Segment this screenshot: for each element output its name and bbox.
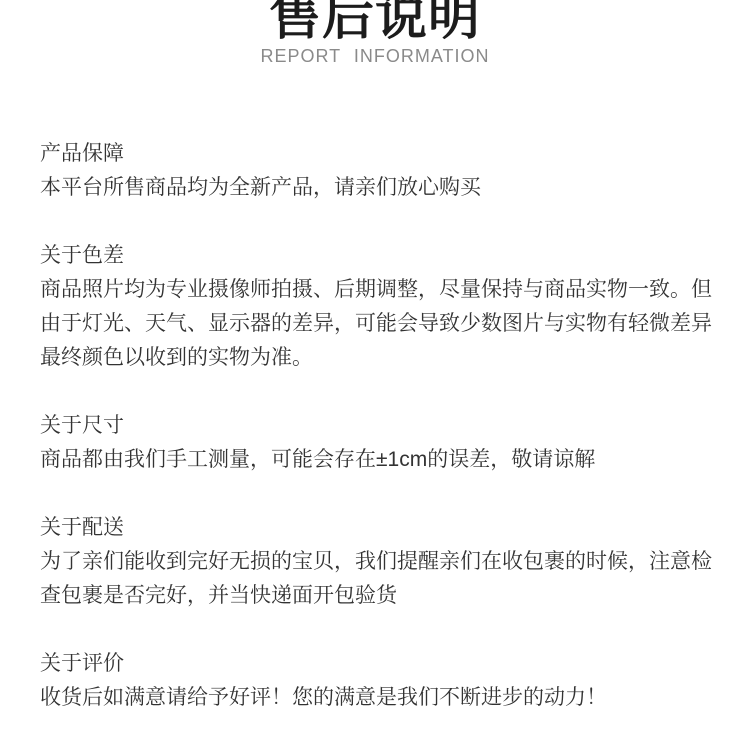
section-delivery: 关于配送 为了亲们能收到完好无损的宝贝，我们提醒亲们在收包裹的时候，注意检 查包… <box>40 511 740 613</box>
section-heading: 关于色差 <box>40 239 740 273</box>
section-heading: 关于尺寸 <box>40 409 740 443</box>
section-sizing: 关于尺寸 商品都由我们手工测量，可能会存在±1cm的误差，敬请谅解 <box>40 409 740 477</box>
section-heading: 关于评价 <box>40 647 740 681</box>
section-body: 商品都由我们手工测量，可能会存在±1cm的误差，敬请谅解 <box>40 443 740 477</box>
section-color-difference: 关于色差 商品照片均为专业摄像师拍摄、后期调整，尽量保持与商品实物一致。但 由于… <box>40 239 740 375</box>
section-body: 商品照片均为专业摄像师拍摄、后期调整，尽量保持与商品实物一致。但 由于灯光、天气… <box>40 273 740 375</box>
section-heading: 关于配送 <box>40 511 740 545</box>
content: 产品保障 本平台所售商品均为全新产品，请亲们放心购买 关于色差 商品照片均为专业… <box>40 137 740 715</box>
section-body: 本平台所售商品均为全新产品，请亲们放心购买 <box>40 171 740 205</box>
section-body: 为了亲们能收到完好无损的宝贝，我们提醒亲们在收包裹的时候，注意检 查包裹是否完好… <box>40 545 740 613</box>
section-reviews: 关于评价 收货后如满意请给予好评！您的满意是我们不断进步的动力！ <box>40 647 740 715</box>
section-heading: 产品保障 <box>40 137 740 171</box>
page-header: 售后说明 REPORT INFORMATION <box>0 0 750 68</box>
after-sales-page: 售后说明 REPORT INFORMATION 产品保障 本平台所售商品均为全新… <box>0 0 750 756</box>
page-title: 售后说明 <box>0 0 750 43</box>
section-body: 收货后如满意请给予好评！您的满意是我们不断进步的动力！ <box>40 681 740 715</box>
section-product-guarantee: 产品保障 本平台所售商品均为全新产品，请亲们放心购买 <box>40 137 740 205</box>
page-subtitle: REPORT INFORMATION <box>0 44 750 68</box>
